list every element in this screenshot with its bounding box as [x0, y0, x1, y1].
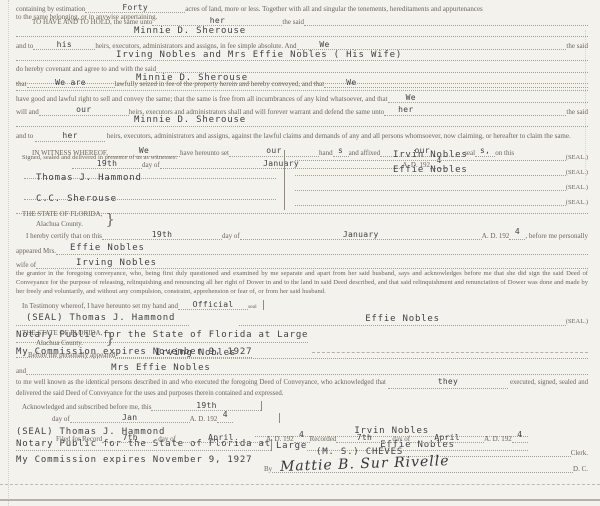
acres-blank: Forty: [85, 3, 185, 13]
name-blank: Effie Nobles: [56, 243, 588, 254]
form-text: Alachua County.: [36, 339, 83, 347]
by-label: By: [264, 465, 272, 473]
typed-signer2: Effie Nobles: [393, 165, 468, 175]
form-text: lawfully seized in fee of the property h…: [115, 80, 325, 88]
appeared-line: appeared Mrs. Effie Nobles: [16, 243, 588, 254]
grantors-name-line: Irving Nobles and Mrs Effie Nobles ( His…: [16, 50, 588, 61]
form-text: A. D. 192: [190, 415, 218, 423]
signature-blank: [295, 205, 566, 206]
right-to-sell-line: have good and lawful right to sell and c…: [16, 93, 588, 103]
year-blank: 4: [217, 413, 233, 423]
typed-signer1: Irvin Nobles: [393, 150, 468, 160]
we-blank: We: [297, 40, 353, 50]
official-blank: Official: [178, 300, 248, 310]
form-text: Recorded: [310, 435, 337, 443]
typed-effie-signature: Effie Nobles: [365, 314, 440, 324]
form-text: and to: [16, 132, 33, 140]
witness-sig-line: C.C. Sherouse: [24, 188, 276, 200]
year-blank: 4: [294, 433, 310, 443]
pronoun-blank: her: [152, 16, 282, 26]
form-text: Filed for Record: [56, 435, 102, 443]
seal-label: (SEAL.): [566, 169, 588, 176]
typed-name1: Irving Nobles: [155, 348, 236, 358]
dc-label: D. C.: [573, 465, 588, 473]
signature-blank: Mattie B. Sur Rivelle: [272, 456, 573, 473]
seized-line: that We are lawfully seized in fee of th…: [16, 78, 588, 88]
seal-label: (SEAL.): [566, 154, 588, 161]
form-text: acres of land, more or less. Together wi…: [185, 5, 483, 13]
habendum-line: TO HAVE AND TO HOLD, the same unto her t…: [16, 16, 588, 26]
form-text: appeared Mrs.: [16, 247, 56, 255]
seal-line: Irvin Nobles (SEAL.): [295, 150, 588, 161]
form-text: day of: [158, 435, 176, 443]
month-blank: Jan: [70, 413, 190, 423]
they-blank: they: [388, 377, 508, 389]
form-text: THE STATE OF FLORIDA,: [22, 210, 102, 218]
testimony-line: In Testimony whereof, I have hereunto se…: [16, 300, 588, 310]
typed-year: 4: [515, 227, 520, 236]
form-text: Alachua County.: [36, 220, 83, 228]
typed-month: Jan: [122, 413, 137, 422]
day-blank: 7th: [102, 433, 158, 443]
witness-signature-section: Signed, sealed and delivered in presence…: [16, 150, 588, 214]
month-blank: April: [176, 433, 266, 443]
typed-grantee-name: Minnie D. Sherouse: [134, 26, 246, 36]
deputy-line: By Mattie B. Sur Rivelle D. C.: [16, 457, 588, 473]
state-lines: THE STATE OF FLORIDA, Alachua County.: [22, 210, 102, 228]
form-text: A. D. 192: [266, 435, 294, 443]
form-text: A. D. 192: [482, 232, 510, 240]
form-text: In Testimony whereof, I have hereunto se…: [22, 302, 178, 310]
dower-body-paragraph: the grantor in the foregoing conveyance,…: [16, 270, 588, 297]
form-text: THE STATE OF FLORIDA,: [22, 329, 102, 337]
divider-line: [263, 300, 264, 310]
county-line: Alachua County.: [22, 339, 102, 347]
warrant-name-line: Minnie D. Sherouse: [16, 116, 588, 127]
typed-year: 4: [517, 430, 522, 439]
scan-artifact-line: [0, 484, 600, 485]
brace-glyph: }: [105, 331, 115, 346]
deputy-clerk-signature: Mattie B. Sur Rivelle: [280, 453, 450, 475]
form-text: to me well known as the identical person…: [16, 379, 386, 386]
pronoun-blank: his: [33, 40, 95, 50]
witness-sig-line: Thomas J. Hammond: [24, 167, 276, 179]
typed-our: our: [76, 105, 91, 114]
form-text: heirs, executors, administrators and ass…: [107, 132, 571, 140]
intro-line1: containing by estimation Forty acres of …: [16, 3, 588, 13]
name-blank: Irving Nobles: [36, 258, 588, 269]
joint-body-paragraph: to me well known as the identical person…: [16, 377, 588, 398]
typed-her: her: [398, 105, 413, 114]
divider-line: [279, 413, 280, 423]
name-blank: Minnie D. Sherouse: [16, 26, 588, 37]
typed-we: We: [406, 93, 416, 102]
seal-line: Effie Nobles (SEAL.): [295, 165, 588, 176]
form-text: I hereby certify that on this: [26, 232, 102, 240]
we-blank: We: [388, 93, 588, 103]
seal-line: (SEAL.): [295, 195, 588, 206]
signature-blank: Effie Nobles: [295, 165, 566, 176]
form-text: wife of: [16, 261, 36, 269]
typed-filed-day: 7th: [123, 433, 138, 442]
seal-label: (SEAL.): [566, 199, 588, 206]
day-blank: 19th: [102, 230, 222, 240]
typed-we: We: [346, 78, 356, 87]
grantee-name-line: Minnie D. Sherouse: [16, 26, 588, 37]
typed-witness1: Thomas J. Hammond: [36, 173, 142, 183]
typed-her: her: [210, 16, 225, 25]
form-text: that: [16, 80, 27, 88]
form-text: have good and lawful right to sell and c…: [16, 95, 388, 103]
witness-columns: Signed, sealed and delivered in presence…: [16, 150, 588, 210]
typed-husband-name: Irving Nobles: [76, 258, 157, 268]
state-line: THE STATE OF FLORIDA,: [22, 210, 102, 218]
typed-filed-month: April: [208, 433, 234, 442]
her-blank: her: [384, 105, 566, 115]
form-text-seal: seal: [248, 304, 257, 310]
state-block: THE STATE OF FLORIDA, Alachua County. }: [16, 210, 588, 228]
typed-they: they: [438, 377, 458, 386]
form-text: day of: [52, 415, 70, 423]
seal-line: (SEAL.): [295, 180, 588, 191]
seal-label: (SEAL.): [566, 318, 588, 325]
month-blank: January: [240, 230, 482, 240]
form-text: Acknowledged and subscribed before me, t…: [22, 403, 151, 411]
signature-blank: [295, 190, 566, 191]
typed-day: 19th: [196, 401, 216, 410]
typed-official: Official: [193, 300, 234, 309]
form-text: , before me personally: [525, 232, 588, 240]
clerk-label: Clerk.: [571, 449, 588, 457]
wife-of-line: wife of Irving Nobles: [16, 258, 588, 269]
scan-artifact-line: [0, 499, 600, 501]
month-blank: April: [410, 433, 484, 443]
typed-appeared-name: Effie Nobles: [70, 243, 145, 253]
year-blank: 4: [512, 433, 528, 443]
form-text: day of: [392, 435, 410, 443]
year-blank: 4: [509, 230, 525, 240]
form-text: A. D. 192: [484, 435, 512, 443]
our-blank: our: [39, 105, 129, 115]
state-lines: THE STATE OF FLORIDA, Alachua County.: [22, 329, 102, 347]
notary-sig-line: (SEAL) Thomas J. Hammond Effie Nobles (S…: [16, 314, 588, 326]
form-text: the grantor in the foregoing conveyance,…: [16, 270, 588, 295]
typed-month: January: [343, 230, 379, 239]
divider-line: [261, 401, 262, 411]
typed-name2: Mrs Effie Nobles: [111, 363, 211, 373]
witness-caption: Signed, sealed and delivered in presence…: [16, 154, 276, 161]
ack-date-line: day of Jan A. D. 192 4: [16, 413, 588, 423]
seal-label: (SEAL.): [566, 184, 588, 191]
name-blank: Mrs Effie Nobles: [26, 363, 588, 374]
name-blank: Irving Nobles: [115, 348, 588, 359]
form-text: and: [16, 367, 26, 375]
typed-rec-day: 7th: [357, 433, 372, 442]
we-blank: We: [324, 78, 588, 88]
typed-we-are: We are: [55, 78, 86, 87]
and-line: and Mrs Effie Nobles: [16, 363, 588, 374]
typed-grantors-names: Irving Nobles and Mrs Effie Nobles ( His…: [116, 50, 402, 60]
filed-line: Filed for Record 7th day of April A. D. …: [16, 433, 588, 443]
before-line: Before me personally appeared Irving Nob…: [16, 348, 588, 359]
name-blank: Irving Nobles and Mrs Effie Nobles ( His…: [16, 50, 588, 61]
acknowledged-line: Acknowledged and subscribed before me, t…: [16, 401, 588, 411]
witness-column: Signed, sealed and delivered in presence…: [16, 150, 285, 210]
form-text: containing by estimation: [16, 5, 85, 13]
typed-day: 19th: [152, 230, 172, 239]
deed-document-page: containing by estimation Forty acres of …: [0, 0, 600, 506]
typed-year: 4: [299, 430, 304, 439]
signature-blank: Irvin Nobles: [295, 150, 566, 161]
typed-her: her: [62, 131, 77, 140]
brace-glyph: }: [105, 212, 115, 227]
day-blank: 7th: [336, 433, 392, 443]
typed-we: We: [319, 40, 329, 49]
typed-acres: Forty: [122, 3, 148, 12]
notary-seal-sig: (SEAL) Thomas J. Hammond: [16, 313, 189, 325]
we-are-blank: We are: [27, 78, 115, 88]
left-margin-line: [8, 0, 9, 506]
warrant-defend-line: will and our heirs, executors and admini…: [16, 105, 588, 115]
form-text: Before me personally appeared: [28, 351, 115, 359]
state-block: THE STATE OF FLORIDA, Alachua County. }: [16, 329, 588, 347]
and-to-line: and to his heirs, executors, administrat…: [16, 40, 588, 50]
typed-rec-month: April: [434, 433, 460, 442]
claims-paragraph: and to her heirs, executors, administrat…: [16, 131, 588, 143]
form-text: day of: [222, 232, 240, 240]
typed-his: his: [57, 40, 72, 49]
typed-year: 4: [223, 410, 228, 419]
day-blank: 19th: [151, 401, 261, 411]
filing-section: Filed for Record 7th day of April A. D. …: [16, 433, 588, 473]
typed-notary-sig: (SEAL) Thomas J. Hammond: [26, 313, 175, 323]
name-blank: Minnie D. Sherouse: [16, 115, 588, 126]
typed-witness2: C.C. Sherouse: [36, 194, 117, 204]
county-line: Alachua County.: [22, 220, 102, 228]
her-blank: her: [35, 131, 105, 143]
signer-column: Irvin Nobles (SEAL.) Effie Nobles (SEAL.…: [285, 150, 588, 210]
typed-grantee-name: Minnie D. Sherouse: [134, 115, 246, 125]
signature-blank: Effie Nobles: [239, 314, 566, 325]
state-line: THE STATE OF FLORIDA,: [22, 329, 102, 337]
certify-line: I hereby certify that on this 19th day o…: [16, 230, 588, 240]
